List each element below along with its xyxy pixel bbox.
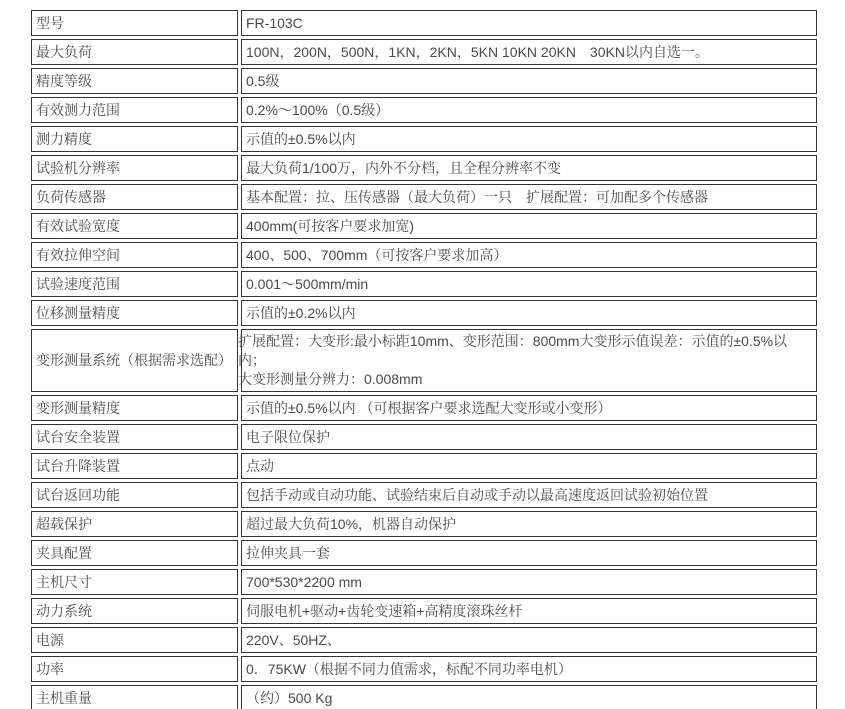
spec-label-cell: 试台安全装置 (31, 424, 238, 450)
spec-value-cell: 400mm(可按客户要求加宽) (241, 213, 817, 239)
spec-value-cell: 示值的±0.5%以内 (241, 126, 817, 152)
table-row: 负荷传感器 基本配置：拉、压传感器（最大负荷）一只 扩展配置：可加配多个传感器 (31, 184, 817, 210)
spec-label-cell: 主机尺寸 (31, 569, 238, 595)
table-row: 测力精度 示值的±0.5%以内 (31, 126, 817, 152)
table-row: 主机尺寸 700*530*2200 mm (31, 569, 817, 595)
spec-value-cell: 0．75KW（根据不同力值需求，标配不同功率电机） (241, 656, 817, 682)
spec-value-cell: 伺服电机+驱动+齿轮变速箱+高精度滚珠丝杆 (241, 598, 817, 624)
table-row: 功率 0．75KW（根据不同力值需求，标配不同功率电机） (31, 656, 817, 682)
spec-value-cell: FR-103C (241, 10, 817, 36)
spec-label-cell: 超载保护 (31, 511, 238, 537)
table-row: 电源 220V、50HZ、 (31, 627, 817, 653)
spec-value-cell: 包括手动或自动功能、试验结束后自动或手动以最高速度返回试验初始位置 (241, 482, 817, 508)
table-row: 试验速度范围 0.001～500mm/min (31, 271, 817, 297)
table-row: 精度等级 0.5级 (31, 68, 817, 94)
spec-label-cell: 有效测力范围 (31, 97, 238, 123)
spec-value-cell: 点动 (241, 453, 817, 479)
spec-value-cell: 扩展配置：大变形:最小标距10mm、变形范围：800mm大变形示值误差：示值的±… (241, 329, 817, 392)
spec-label-cell: 试验机分辨率 (31, 155, 238, 181)
spec-value-cell: 基本配置：拉、压传感器（最大负荷）一只 扩展配置：可加配多个传感器 (241, 184, 817, 210)
table-row: 型号 FR-103C (31, 10, 817, 36)
table-row: 变形测量精度 示值的±0.5%以内 （可根据客户要求选配大变形或小变形） (31, 395, 817, 421)
spec-value-cell: 100N，200N，500N，1KN，2KN，5KN 10KN 20KN 30K… (241, 39, 817, 65)
spec-value-cell: 0.001～500mm/min (241, 271, 817, 297)
table-row: 最大负荷 100N，200N，500N，1KN，2KN，5KN 10KN 20K… (31, 39, 817, 65)
spec-label-cell: 变形测量精度 (31, 395, 238, 421)
spec-label-cell: 精度等级 (31, 68, 238, 94)
spec-value-cell: 拉伸夹具一套 (241, 540, 817, 566)
table-row: 有效试验宽度 400mm(可按客户要求加宽) (31, 213, 817, 239)
spec-value-cell: 示值的±0.2%以内 (241, 300, 817, 326)
spec-page: 型号 FR-103C 最大负荷 100N，200N，500N，1KN，2KN，5… (0, 0, 845, 709)
table-row: 夹具配置 拉伸夹具一套 (31, 540, 817, 566)
table-row: 试台安全装置 电子限位保护 (31, 424, 817, 450)
table-row: 有效测力范围 0.2%～100%（0.5级） (31, 97, 817, 123)
spec-label-cell: 变形测量系统（根据需求选配） (31, 329, 238, 392)
spec-value-cell: 220V、50HZ、 (241, 627, 817, 653)
spec-value-cell: 示值的±0.5%以内 （可根据客户要求选配大变形或小变形） (241, 395, 817, 421)
table-row: 试台升降装置 点动 (31, 453, 817, 479)
spec-label-cell: 电源 (31, 627, 238, 653)
table-row: 超载保护 超过最大负荷10%，机器自动保护 (31, 511, 817, 537)
spec-label-cell: 负荷传感器 (31, 184, 238, 210)
spec-label-cell: 夹具配置 (31, 540, 238, 566)
spec-label-cell: 有效试验宽度 (31, 213, 238, 239)
spec-label-cell: 动力系统 (31, 598, 238, 624)
table-row: 主机重量 （约）500 Kg (31, 685, 817, 709)
spec-label-cell: 位移测量精度 (31, 300, 238, 326)
spec-value-cell: 0.5级 (241, 68, 817, 94)
spec-value-cell: 700*530*2200 mm (241, 569, 817, 595)
spec-value-text: 扩展配置：大变形:最小标距10mm、变形范围：800mm大变形示值误差：示值的±… (238, 332, 812, 389)
spec-label-cell: 试台升降装置 (31, 453, 238, 479)
spec-label-cell: 功率 (31, 656, 238, 682)
spec-label-cell: 测力精度 (31, 126, 238, 152)
spec-value-cell: 电子限位保护 (241, 424, 817, 450)
table-row: 有效拉伸空间 400、500、700mm（可按客户要求加高） (31, 242, 817, 268)
spec-table: 型号 FR-103C 最大负荷 100N，200N，500N，1KN，2KN，5… (28, 7, 820, 709)
table-row: 试验机分辨率 最大负荷1/100万，内外不分档，且全程分辨率不变 (31, 155, 817, 181)
table-row: 动力系统 伺服电机+驱动+齿轮变速箱+高精度滚珠丝杆 (31, 598, 817, 624)
spec-label-cell: 最大负荷 (31, 39, 238, 65)
spec-label-cell: 试验速度范围 (31, 271, 238, 297)
table-row: 试台返回功能 包括手动或自动功能、试验结束后自动或手动以最高速度返回试验初始位置 (31, 482, 817, 508)
spec-value-cell: 超过最大负荷10%，机器自动保护 (241, 511, 817, 537)
table-row: 变形测量系统（根据需求选配） 扩展配置：大变形:最小标距10mm、变形范围：80… (31, 329, 817, 392)
table-row: 位移测量精度 示值的±0.2%以内 (31, 300, 817, 326)
spec-label-cell: 主机重量 (31, 685, 238, 709)
spec-value-cell: 400、500、700mm（可按客户要求加高） (241, 242, 817, 268)
spec-label-cell: 试台返回功能 (31, 482, 238, 508)
spec-label-cell: 有效拉伸空间 (31, 242, 238, 268)
spec-value-cell: （约）500 Kg (241, 685, 817, 709)
spec-value-cell: 0.2%～100%（0.5级） (241, 97, 817, 123)
spec-label-cell: 型号 (31, 10, 238, 36)
spec-value-cell: 最大负荷1/100万，内外不分档，且全程分辨率不变 (241, 155, 817, 181)
